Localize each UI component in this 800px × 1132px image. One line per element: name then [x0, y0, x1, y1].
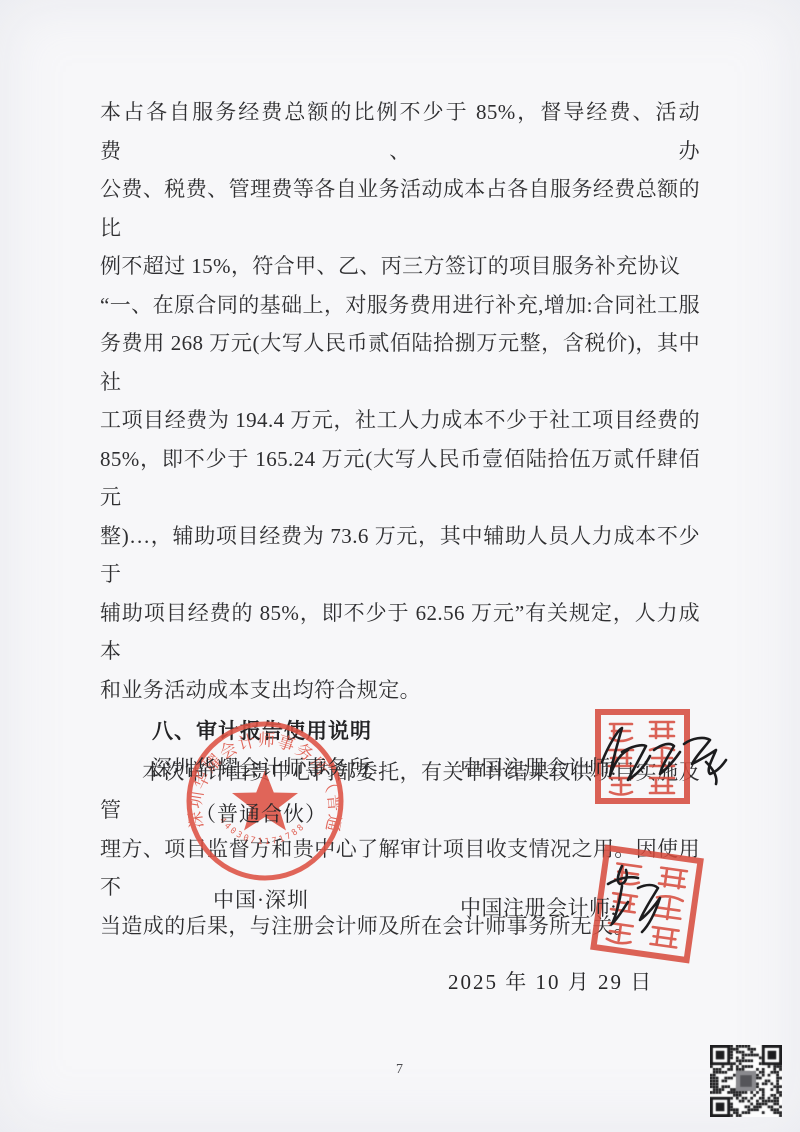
page-number: 7: [0, 1062, 800, 1078]
firm-type: （普通合伙）: [100, 798, 422, 828]
text-line: 本占各自服务经费总额的比例不少于 85%，督导经费、活动费、办: [100, 93, 700, 170]
firm-name: 深圳华耀会计师事务所: [100, 752, 422, 782]
text-line: 务费用 268 万元(大写人民币贰佰陆拾捌万元整，含税价)，其中社: [100, 324, 700, 401]
report-date: 2025 年 10 月 29 日: [448, 966, 653, 996]
text-line: 公费、税费、管理费等各自业务活动成本占各自服务经费总额的比: [100, 170, 700, 247]
qr-code-icon: [710, 1045, 782, 1117]
cpa-signature-second: [598, 858, 674, 946]
cpa-signature-first: [588, 716, 740, 800]
text-line: 工项目经费为 194.4 万元，社工人力成本不少于社工项目经费的: [100, 401, 700, 440]
firm-location: 中国·深圳: [100, 884, 422, 914]
text-line: 和业务活动成本支出均符合规定。: [100, 671, 700, 710]
text-line: 整)…，辅助项目经费为 73.6 万元，其中辅助人员人力成本不少于: [100, 517, 700, 594]
text-line: “一、在原合同的基础上，对服务费用进行补充,增加:合同社工服: [100, 286, 700, 325]
paragraph-audit-findings: 本占各自服务经费总额的比例不少于 85%，督导经费、活动费、办公费、税费、管理费…: [100, 93, 700, 709]
text-line: 例不超过 15%，符合甲、乙、丙三方签订的项目服务补充协议: [100, 247, 700, 286]
text-line: 85%，即不少于 165.24 万元(大写人民币壹佰陆拾伍万贰仟肆佰元: [100, 440, 700, 517]
text-line: 辅助项目经费的 85%，即不少于 62.56 万元”有关规定，人力成本: [100, 594, 700, 671]
cpa-label-second: 中国注册会计师:: [460, 892, 617, 922]
document-page: 本占各自服务经费总额的比例不少于 85%，督导经费、活动费、办公费、税费、管理费…: [0, 0, 800, 1132]
